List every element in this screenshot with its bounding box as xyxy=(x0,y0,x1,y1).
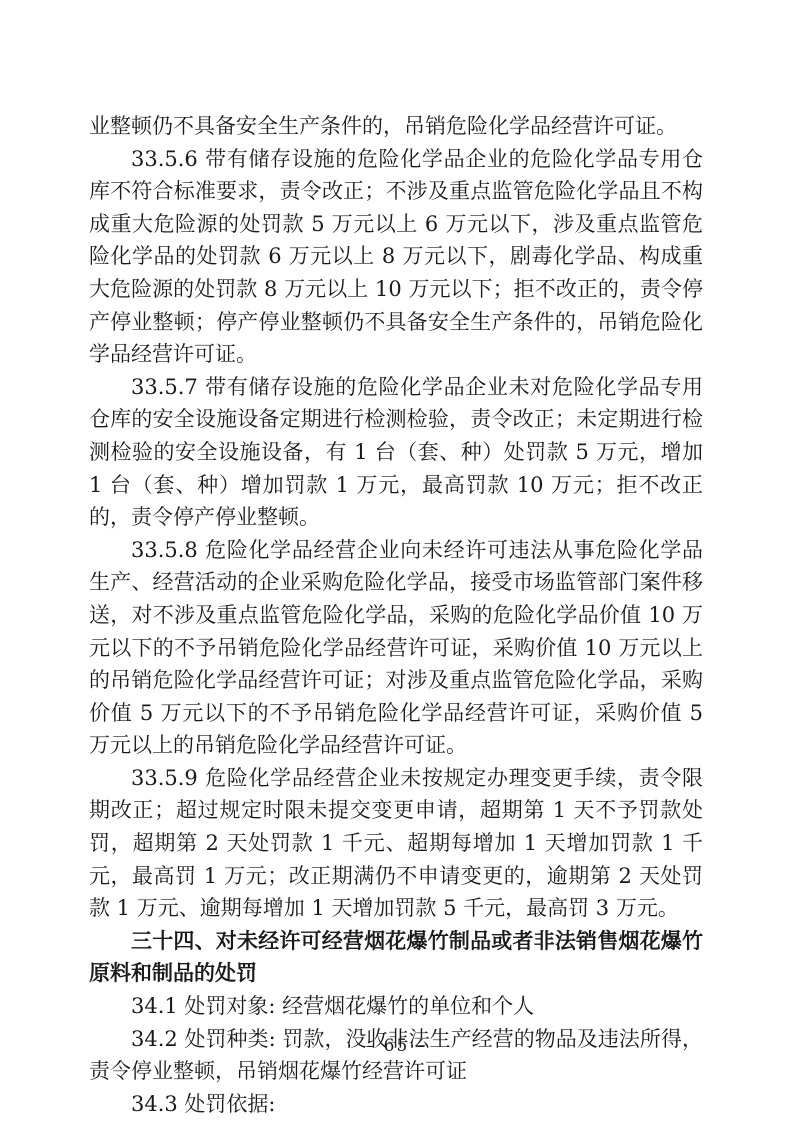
document-body: 业整顿仍不具备安全生产条件的，吊销危险化学品经营许可证。 33.5.6 带有储存… xyxy=(89,110,703,1120)
section-heading-34: 三十四、对未经许可经营烟花爆竹制品或者非法销售烟花爆竹原料和制品的处罚 xyxy=(89,925,703,990)
page-number: – 65 – xyxy=(0,1036,793,1056)
paragraph-34-3: 34.3 处罚依据: xyxy=(89,1088,703,1121)
paragraph-33-5-7: 33.5.7 带有储存设施的危险化学品企业未对危险化学品专用仓库的安全设施设备定… xyxy=(89,371,703,534)
paragraph-33-5-9: 33.5.9 危险化学品经营企业未按规定办理变更手续，责令限期改正；超过规定时限… xyxy=(89,762,703,925)
paragraph-33-5-5-continuation: 业整顿仍不具备安全生产条件的，吊销危险化学品经营许可证。 xyxy=(89,110,703,143)
paragraph-34-1: 34.1 处罚对象: 经营烟花爆竹的单位和个人 xyxy=(89,990,703,1023)
paragraph-33-5-8: 33.5.8 危险化学品经营企业向未经许可违法从事危险化学品生产、经营活动的企业… xyxy=(89,534,703,762)
paragraph-33-5-6: 33.5.6 带有储存设施的危险化学品企业的危险化学品专用仓库不符合标准要求，责… xyxy=(89,143,703,371)
document-page: 业整顿仍不具备安全生产条件的，吊销危险化学品经营许可证。 33.5.6 带有储存… xyxy=(0,0,793,1122)
